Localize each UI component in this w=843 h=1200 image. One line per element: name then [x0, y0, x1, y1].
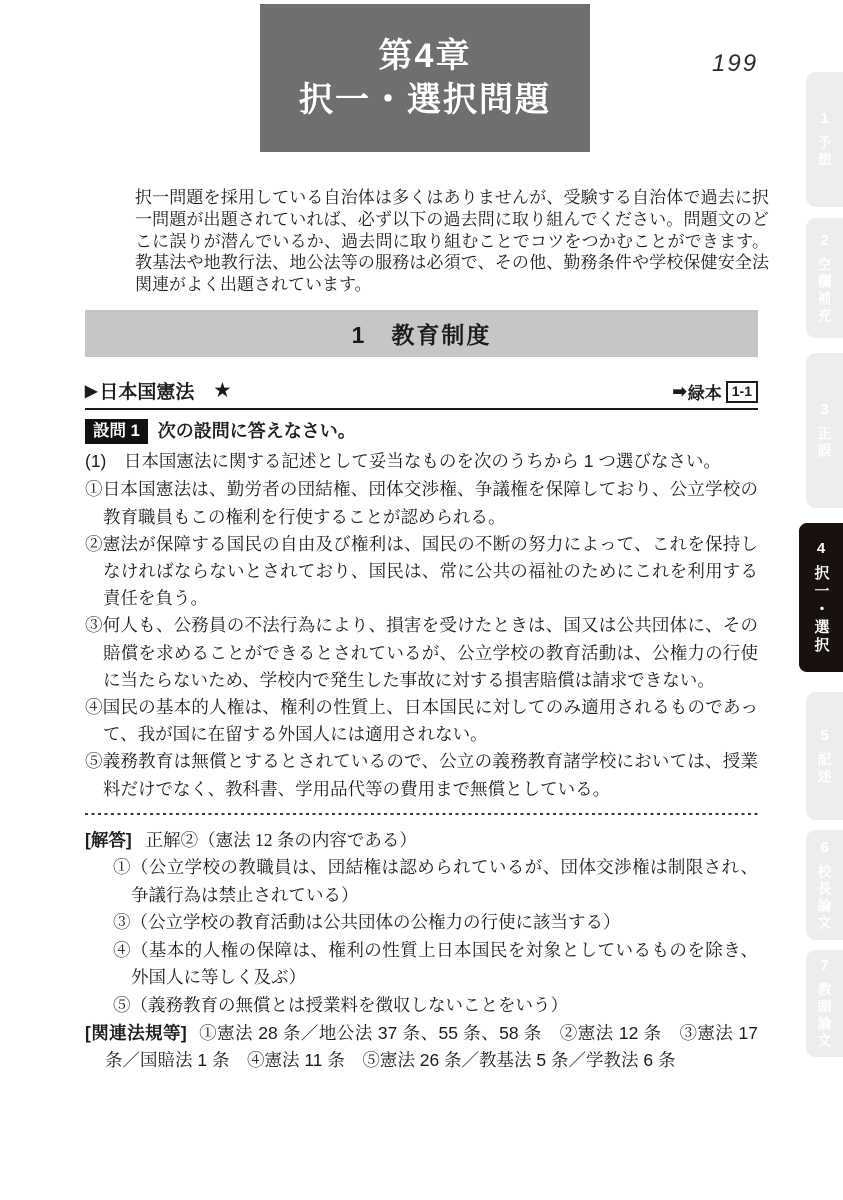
option-1-text: 日本国憲法は、勤労者の団結権、団体交渉権、争議権を保障しており、公立学校の教育職… — [103, 479, 758, 526]
question-sub-prompt: (1) 日本国憲法に関する記述として妥当なものを次のうちから 1 つ選びなさい。 — [85, 448, 758, 475]
tab-yosou-label: 予想 — [815, 135, 835, 169]
reference-link: ➡ 緑本 1-1 — [673, 379, 758, 404]
reference-label: 緑本 — [688, 379, 722, 404]
tab-yosou-number: 1 — [816, 110, 833, 127]
option-3-text: 何人も、公務員の不法行為により、損害を受けたときは、国又は公共団体に、その賠償を… — [103, 615, 758, 689]
option-4-number: ④ — [85, 697, 103, 717]
dotted-separator — [85, 813, 758, 815]
tab-kuran-hoju-number: 2 — [816, 232, 833, 249]
tab-takuitsu-sentaku-label: 択一・選択 — [811, 565, 832, 655]
section-header-bar: 1 教育制度 — [85, 310, 758, 357]
section-title: 1 教育制度 — [352, 317, 492, 350]
chapter-number: 第4章 — [379, 34, 472, 78]
tab-kyoto-ronbun-number: 7 — [816, 957, 833, 974]
related-laws-text: ①憲法 28 条／地公法 37 条、55 条、58 条 ②憲法 12 条 ③憲法… — [105, 1023, 758, 1070]
answer-note-3: ③（公立学校の教育活動は公共団体の公権力の行使に該当する） — [113, 909, 758, 937]
answer-note-3-number: ③ — [113, 912, 131, 932]
tab-kocho-ronbun-label: 校長論文 — [815, 864, 835, 932]
page-number: 199 — [712, 50, 758, 78]
option-2-number: ② — [85, 534, 103, 554]
option-3: ③何人も、公務員の不法行為により、損害を受けたときは、国又は公共団体に、その賠償… — [85, 612, 758, 694]
question-badge: 設問 1 — [85, 419, 148, 444]
tab-kuran-hoju[interactable]: 2 空欄補充 — [806, 218, 843, 338]
tab-takuitsu-sentaku-number: 4 — [813, 540, 830, 557]
option-2: ②憲法が保障する国民の自由及び権利は、国民の不断の努力によって、これを保持しなけ… — [85, 531, 758, 613]
answer-note-4: ④（基本的人権の保障は、権利の性質上日本国民を対象としているものを除き、外国人に… — [113, 937, 758, 992]
option-4-text: 国民の基本的人権は、権利の性質上、日本国民に対してのみ適用されるものであって、我… — [103, 697, 758, 744]
option-5: ⑤義務教育は無償とするとされているので、公立の義務教育諸学校においては、授業料だ… — [85, 748, 758, 802]
question-answer-column: 設問 1 次の設問に答えなさい。 (1) 日本国憲法に関する記述として妥当なもの… — [85, 418, 758, 1074]
option-2-text: 憲法が保障する国民の自由及び権利は、国民の不断の努力によって、これを保持しなけれ… — [103, 534, 758, 608]
answer-note-5: ⑤（義務教育の無償とは授業料を徴収しないことをいう） — [113, 992, 758, 1020]
option-5-number: ⑤ — [85, 751, 103, 771]
arrow-right-icon: ➡ — [673, 382, 687, 402]
answer-text: 正解②（憲法 12 条の内容である） — [146, 830, 417, 850]
question-lead-row: 設問 1 次の設問に答えなさい。 — [85, 418, 758, 445]
chapter-intro-paragraph: 択一問題を採用している自治体は多くはありませんが、受験する自治体で過去に択一問題… — [135, 187, 769, 296]
related-laws-label: [関連法規等] — [85, 1023, 187, 1043]
tab-kyoto-ronbun-label: 教頭論文 — [815, 982, 835, 1050]
topic-heading: ▶ 日本国憲法 ★ — [85, 377, 230, 404]
answer-label: [解答] — [85, 830, 132, 850]
difficulty-star-icon: ★ — [214, 380, 230, 401]
tab-kijutsu-number: 5 — [816, 727, 833, 744]
chapter-title-box: 第4章 択一・選択問題 — [260, 4, 590, 152]
tab-kuran-hoju-label: 空欄補充 — [815, 257, 835, 325]
answer-note-1: ①（公立学校の教職員は、団結権は認められているが、団体交渉権は制限され、争議行為… — [113, 854, 758, 909]
related-laws-row: [関連法規等]①憲法 28 条／地公法 37 条、55 条、58 条 ②憲法 1… — [85, 1020, 758, 1074]
answer-note-5-number: ⑤ — [113, 995, 131, 1015]
tab-takuitsu-sentaku[interactable]: 4 択一・選択 — [799, 523, 843, 672]
tab-kijutsu[interactable]: 5 記述 — [806, 692, 843, 820]
tab-seigo[interactable]: 3 正誤 — [806, 353, 843, 508]
option-4: ④国民の基本的人権は、権利の性質上、日本国民に対してのみ適用されるものであって、… — [85, 694, 758, 748]
topic-heading-row: ▶ 日本国憲法 ★ ➡ 緑本 1-1 — [85, 377, 758, 410]
answer-note-4-text: （基本的人権の保障は、権利の性質上日本国民を対象としているものを除き、外国人に等… — [131, 940, 758, 988]
reference-number-box: 1-1 — [726, 381, 758, 403]
book-page: 第4章 択一・選択問題 199 択一問題を採用している自治体は多くはありませんが… — [0, 0, 843, 1200]
option-1: ①日本国憲法は、勤労者の団結権、団体交渉権、争議権を保障しており、公立学校の教育… — [85, 476, 758, 530]
tab-yosou[interactable]: 1 予想 — [806, 72, 843, 207]
tab-kyoto-ronbun[interactable]: 7 教頭論文 — [806, 950, 843, 1057]
answer-note-5-text: （義務教育の無償とは授業料を徴収しないことをいう） — [131, 995, 569, 1015]
tab-kocho-ronbun-number: 6 — [816, 839, 833, 856]
question-lead-text: 次の設問に答えなさい。 — [158, 418, 356, 445]
tab-seigo-number: 3 — [816, 401, 833, 418]
answer-note-1-number: ① — [113, 857, 131, 877]
tab-kocho-ronbun[interactable]: 6 校長論文 — [806, 830, 843, 940]
answer-note-1-text: （公立学校の教職員は、団結権は認められているが、団体交渉権は制限され、争議行為は… — [131, 857, 758, 905]
answer-line: [解答]正解②（憲法 12 条の内容である） — [85, 827, 758, 854]
option-5-text: 義務教育は無償とするとされているので、公立の義務教育諸学校においては、授業料だけ… — [103, 751, 758, 798]
option-3-number: ③ — [85, 615, 103, 635]
answer-note-4-number: ④ — [113, 940, 131, 960]
answer-note-3-text: （公立学校の教育活動は公共団体の公権力の行使に該当する） — [131, 912, 621, 932]
tab-kijutsu-label: 記述 — [815, 752, 835, 786]
chapter-title: 択一・選択問題 — [299, 78, 551, 122]
pointer-triangle-icon: ▶ — [85, 381, 97, 401]
option-1-number: ① — [85, 479, 103, 499]
tab-seigo-label: 正誤 — [815, 426, 835, 460]
topic-title: 日本国憲法 — [99, 377, 194, 404]
